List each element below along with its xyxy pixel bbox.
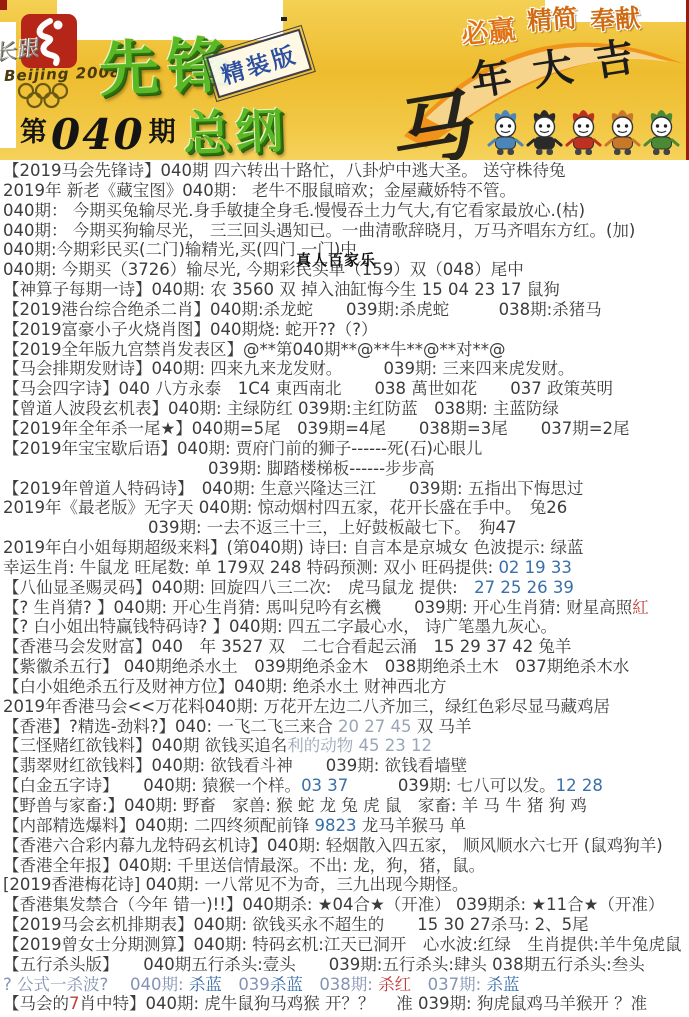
tip-line: 040期： 今期买兔输尽光.身手敏捷全身毛.慢慢吞土力气大,有它看家最放心.(枯… (0, 201, 689, 221)
tips-list: 【2019马会先锋诗】040期 四六转出十路忙，八卦炉中逃大圣。 送守株待兔20… (0, 161, 689, 1014)
page: Beijing 2008 第040期 先锋 总纲 精装版 必赢 精简 奉献 长跟… (0, 0, 689, 1017)
fuwa-beibei-icon (487, 107, 524, 157)
tip-line: 2019年香港马会<<万花料040期: 万花开左边二八齐加三，绿红色彩尽显马藏鸡… (0, 697, 689, 717)
tip-line: 【五行杀头版】 040期五行杀头:壹头 039期:五行杀头:肆头 038期五行杀… (0, 955, 689, 975)
tip-line: 【2019港台综合绝杀二肖】040期:杀龙蛇 039期:杀虎蛇 038期:杀猪马 (0, 300, 689, 320)
masthead: Beijing 2008 第040期 先锋 总纲 精装版 必赢 精简 奉献 长跟… (0, 0, 689, 160)
tip-line: 【2019年曾道人特码诗】 040期: 生意兴隆达三江 039期: 五指出下悔思… (0, 479, 689, 499)
tip-line: 【2019马会玄机排期表】040期: 欲钱买永不超生的 15 30 27杀马: … (0, 915, 689, 935)
tip-line: 【三怪赌红欲钱料】040期 欲钱买追名利的动物 45 23 12 (0, 736, 689, 756)
issue-suffix: 期 (149, 117, 176, 148)
tip-line: 【香港六合彩内幕九龙特码玄机诗】040期: 轻烟散入四五家， 顺风顺水六七开 (… (0, 836, 689, 856)
tip-line: 【白小姐绝杀五行及财神方位】040期: 绝杀水土 财神西北方 (0, 677, 689, 697)
watermark: 真人百家乐 (296, 249, 376, 270)
tip-line: 2019年 新老《藏宝图》040期： 老牛不服鼠暗欢；金屋藏娇特不管。 (0, 181, 689, 201)
fuwa-jingjing-icon (526, 107, 563, 157)
tip-line: 【紫徽杀五行】 040期绝杀水土 039期绝杀金木 038期绝杀土木 037期绝… (0, 657, 689, 677)
tip-line: 【香港】?精选-劲料?】040: 一飞二飞三来合 20 27 45 双 马羊 (0, 717, 689, 737)
tip-line: 【2019富豪小子火烧肖图】040期烧: 蛇开??（?） (0, 320, 689, 340)
issue-value: 040 (47, 110, 149, 159)
tip-line: 【八仙显圣赐灵码】040期: 回旋四八三二次: 虎马鼠龙 提供: 27 25 2… (0, 578, 689, 598)
tip-line: 【野兽与家畜:】040期: 野畜 家兽: 猴 蛇 龙 兔 虎 鼠 家畜: 羊 马… (0, 796, 689, 816)
issue-number: 第040期 (20, 110, 176, 159)
issue-prefix: 第 (20, 117, 47, 148)
tip-line: 【2019全年版九宫禁肖发表区】@**第040期**@**牛**@**对**@ (0, 340, 689, 360)
tip-line: 【2019年全年杀一尾★】040期=5尾 039期=4尾 038期=3尾 037… (0, 419, 689, 439)
tip-line: 【2019曾女士分期测算】040期: 特码玄机:江天已洞开 心水波:红绿 生肖提… (0, 935, 689, 955)
tip-line: 【2019马会先锋诗】040期 四六转出十路忙，八卦炉中逃大圣。 送守株待兔 (0, 161, 689, 181)
fuwa-huanhuan-icon (565, 107, 602, 157)
tip-line: 039期: 脚踏楼梯板------步步高 (0, 459, 689, 479)
tip-line: 040期： 今期买狗输尽光， 三三回头遇知已。一曲清歌辞晓月，万马齐唱东方红。(… (0, 221, 689, 241)
tip-line: 【翡翠财红欲钱料】040期: 欲钱看斗神 039期: 欲钱看墙壁 (0, 756, 689, 776)
tip-line: 【马会的7肖中特】040期: 虎牛鼠狗马鸡猴 开？？ 准 039期: 狗虎鼠鸡马… (0, 994, 689, 1014)
tip-line: 039期: 一去不返三十三，上好鼓板敲七下。 狗47 (0, 518, 689, 538)
tip-line: 【马会四字诗】040 八方永泰 1C4 東西南北 038 萬世如花 037 政策… (0, 379, 689, 399)
tip-line: 【2019年宝宝歇后语】040期: 贾府门前的狮子------死(石)心眼儿 (0, 439, 689, 459)
masthead-title-bottom: 总纲 (182, 92, 288, 160)
tip-line: 【内部精选爆料】040期: 二四终须配前锋 9823 龙马羊猴马 单 (0, 816, 689, 836)
tip-line: 【曾道人波段玄机表】040期: 主绿防红 039期:主红防蓝 038期: 主蓝防… (0, 399, 689, 419)
scan-edge-mark (0, 0, 7, 10)
tip-line: 【香港集发禁合（今年 错一)!!】040期杀: ★04合★（开准） 039期杀:… (0, 895, 689, 915)
tip-line: 【马会排期发财诗】040期: 四来九来龙发财。 039期: 三来四来虎发财。 (0, 359, 689, 379)
tip-line: 幸运生肖: 牛鼠龙 旺尾数: 单 179双 248 特码预测: 双小 旺码提供:… (0, 558, 689, 578)
fuwa-mascots (487, 107, 680, 157)
tip-line: 2019年白小姐每期超级来料】(第040期) 诗曰: 自言本是京城女 色波提示:… (0, 538, 689, 558)
tip-line: 2019年《最老版》无字天 040期: 惊动烟村四五家，花开长盛在手中。 兔26 (0, 498, 689, 518)
olympic-rings-icon (17, 82, 69, 110)
fuwa-yingying-icon (604, 107, 641, 157)
tip-line: [2019香港梅花诗] 040期: 一八常见不为奇，三九出现今期怪。 (0, 875, 689, 895)
tip-line: 【神算子每期一诗】040期: 农 3560 双 掉入油缸悔今生 15 04 23… (0, 280, 689, 300)
fuwa-nini-icon (643, 107, 680, 157)
tip-line: 【白金五字诗】 040期: 猿猴一个样。03 37 039期: 七八可以发。12… (0, 776, 689, 796)
tip-line: ? 公式一杀波? 040期: 杀蓝 039杀蓝 038期: 杀红 037期: 杀… (0, 975, 689, 995)
tip-line: 【香港马会发财富】040 年 3527 双 二七合看起云涌 15 29 37 4… (0, 637, 689, 657)
tip-line: 【? 白小姐出特赢钱特码诗? 】040期: 四五二字最心水， 诗广笔墨九灰心。 (0, 617, 689, 637)
tip-line: 【? 生肖猜? 】040期: 开心生肖猜: 馬叫兒吟有玄機 039期: 开心生肖… (0, 598, 689, 618)
tip-line: 【香港全年报】040期: 千里送信情最深。不出: 龙，狗，猪，鼠。 (0, 856, 689, 876)
horse-calligraphy: 马 (391, 60, 482, 160)
